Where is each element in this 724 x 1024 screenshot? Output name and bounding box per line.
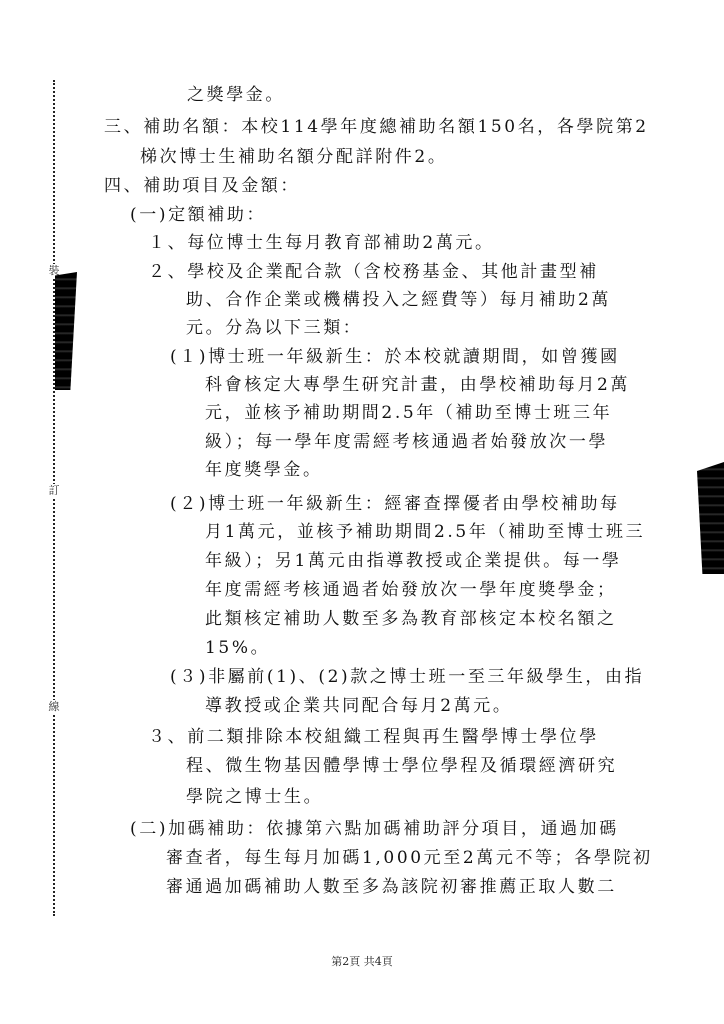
document-line: 年度獎學金。 (205, 459, 323, 481)
document-line: 元，並核予補助期間2.5年（補助至博士班三年 (205, 402, 612, 424)
document-line: ３、前二類排除本校組織工程與再生醫學博士學位學 (148, 726, 599, 748)
document-line: (２)博士班一年級新生：經審查擇優者由學校補助每 (170, 493, 620, 515)
document-line: (３)非屬前(1)、(2)款之博士班一至三年級學生，由指 (170, 666, 644, 688)
scan-artifact-left (55, 272, 77, 390)
document-line: 元。分為以下三類： (186, 317, 362, 339)
document-page: 裝 訂 線 之獎學金。三、補助名額：本校114學年度總補助名額150名，各學院第… (0, 0, 724, 1024)
document-line: 科會核定大專學生研究計畫，由學校補助每月2萬 (205, 374, 630, 396)
document-line: (一)定額補助： (130, 204, 266, 226)
document-line: 審通過加碼補助人數至多為該院初審推薦正取人數二 (166, 876, 617, 898)
document-line: 15%。 (205, 637, 270, 659)
document-line: 學院之博士生。 (186, 786, 323, 808)
document-line: 年度需經考核通過者始發放次一學年度獎學金； (205, 579, 617, 601)
binding-dotted-line (53, 80, 55, 916)
document-line: 之獎學金。 (187, 84, 285, 106)
document-line: 此類核定補助人數至多為教育部核定本校名額之 (205, 608, 617, 630)
document-line: 級）；每一學年度需經考核通過者始發放次一學 (205, 431, 608, 453)
document-line: 月1萬元，並核予補助期間2.5年（補助至博士班三 (205, 521, 645, 543)
document-line: 助、合作企業或機構投入之經費等）每月補助2萬 (186, 289, 611, 311)
document-line: 導教授或企業共同配合每月2萬元。 (205, 695, 512, 717)
document-line: 梯次博士生補助名額分配詳附件2。 (140, 146, 447, 168)
document-line: 年級）；另1萬元由指導教授或企業提供。每一學 (205, 550, 622, 572)
document-line: ２、學校及企業配合款（含校務基金、其他計畫型補 (148, 261, 599, 283)
scan-artifact-right (697, 462, 724, 574)
document-line: 審查者，每生每月加碼1,000元至2萬元不等；各學院初 (166, 847, 653, 869)
document-line: 三、補助名額：本校114學年度總補助名額150名，各學院第2 (104, 116, 649, 138)
document-line: (二)加碼補助：依據第六點加碼補助評分項目，通過加碼 (130, 818, 619, 840)
document-line: (１)博士班一年級新生：於本校就讀期間，如曾獲國 (170, 346, 620, 368)
document-line: 四、補助項目及金額： (104, 175, 300, 197)
binding-label-ding: 訂 (47, 484, 61, 498)
page-number-footer: 第2頁 共4頁 (0, 953, 724, 969)
document-line: 程、微生物基因體學博士學位學程及循環經濟研究 (186, 755, 617, 777)
document-line: １、每位博士生每月教育部補助2萬元。 (148, 232, 495, 254)
binding-label-xian: 線 (47, 700, 61, 714)
